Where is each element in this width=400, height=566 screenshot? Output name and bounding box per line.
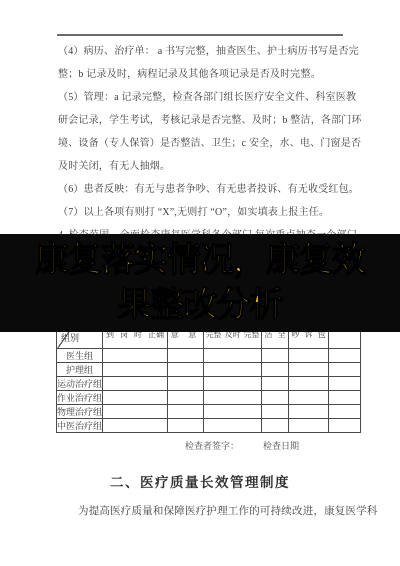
table-cell-empty bbox=[103, 349, 168, 363]
table-cell-empty bbox=[329, 405, 361, 419]
table-cell-empty bbox=[289, 377, 329, 391]
table-cell-empty bbox=[262, 405, 289, 419]
table-row: 物理治疗组 bbox=[57, 405, 361, 419]
table-cell-empty bbox=[168, 349, 204, 363]
table-cell-empty bbox=[103, 405, 168, 419]
body-line: 整；b 记录及时，病程记录及其他各项记录是否及时完整。 bbox=[58, 63, 350, 86]
banner-title-line1: 康复落实情况，康复效 bbox=[0, 238, 400, 283]
table-cell-empty bbox=[204, 377, 262, 391]
table-cell-empty bbox=[103, 391, 168, 405]
table-cell-empty bbox=[168, 405, 204, 419]
table-cell-empty bbox=[204, 391, 262, 405]
title-banner: 康复落实情况，康复效 果整改分析 bbox=[0, 234, 400, 332]
table-cell-empty bbox=[168, 377, 204, 391]
table-cell-empty bbox=[289, 391, 329, 405]
table-cell-empty bbox=[289, 363, 329, 377]
body-line: （5）管理：a 记录完整，检查各部门组长医疗安全文件、科室医教 bbox=[58, 86, 350, 109]
table-cell-empty bbox=[204, 363, 262, 377]
table-cell-empty bbox=[329, 419, 361, 433]
table-row: 作业治疗组 bbox=[57, 391, 361, 405]
table-cell-empty bbox=[329, 363, 361, 377]
closing-paragraph: 为提高医疗质量和保障医疗护理工作的可持续改进，康复医学科 bbox=[78, 503, 378, 518]
table-cell-empty bbox=[204, 405, 262, 419]
table-cell-empty bbox=[262, 377, 289, 391]
row-label-cell: 中医治疗组 bbox=[57, 419, 103, 433]
table-cell-empty bbox=[329, 349, 361, 363]
table-row: 医生组 bbox=[57, 349, 361, 363]
body-line: （6）患者反映：有无与患者争吵、有无患者投诉、有无收受红包。 bbox=[58, 178, 350, 201]
table-cell-empty bbox=[289, 419, 329, 433]
table-cell-empty bbox=[103, 419, 168, 433]
table-cell-empty bbox=[262, 419, 289, 433]
row-label-cell: 作业治疗组 bbox=[57, 391, 103, 405]
page-top-rule bbox=[57, 34, 343, 36]
table-row: 护理组 bbox=[57, 363, 361, 377]
table-cell-empty bbox=[262, 391, 289, 405]
row-label-cell: 护理组 bbox=[57, 363, 103, 377]
table-cell-empty bbox=[103, 377, 168, 391]
date-label: 检查日期 bbox=[263, 439, 299, 452]
table-cell-empty bbox=[204, 349, 262, 363]
signature-label: 检查者签字： bbox=[185, 439, 239, 452]
row-label-cell: 运动治疗组 bbox=[57, 377, 103, 391]
table-cell-empty bbox=[262, 349, 289, 363]
body-line: 境、设备（专人保管）是否整洁、卫生；c 安全，水、电、门窗是否 bbox=[58, 132, 350, 155]
row-label-cell: 医生组 bbox=[57, 349, 103, 363]
table-cell-empty bbox=[329, 391, 361, 405]
table-cell-empty bbox=[168, 419, 204, 433]
section-heading: 二、医疗质量长效管理制度 bbox=[0, 471, 400, 491]
table-cell-empty bbox=[168, 363, 204, 377]
body-line: （7）以上各项有则打 “X”,无则打 “O”，如实填表上报主任。 bbox=[58, 201, 350, 224]
table-cell-empty bbox=[289, 349, 329, 363]
body-line: （4）病历、治疗单： a 书写完整，抽查医生、护士病历书写是否完 bbox=[58, 40, 350, 63]
table-cell-empty bbox=[289, 405, 329, 419]
banner-title-line2: 果整改分析 bbox=[0, 283, 400, 328]
table-cell-empty bbox=[329, 377, 361, 391]
table-cell-empty bbox=[204, 419, 262, 433]
body-line: 研会记录，学生考试，考核记录是否完整、及时；b 整洁，各部门环 bbox=[58, 109, 350, 132]
table-cell-empty bbox=[168, 391, 204, 405]
row-label-cell: 物理治疗组 bbox=[57, 405, 103, 419]
table-row: 中医治疗组 bbox=[57, 419, 361, 433]
table-cell-empty bbox=[262, 363, 289, 377]
body-line: 及时关闭，有无人抽烟。 bbox=[58, 155, 350, 178]
table-row: 运动治疗组 bbox=[57, 377, 361, 391]
document-page: （4）病历、治疗单： a 书写完整，抽查医生、护士病历书写是否完 整；b 记录及… bbox=[0, 0, 400, 566]
table-cell-empty bbox=[103, 363, 168, 377]
